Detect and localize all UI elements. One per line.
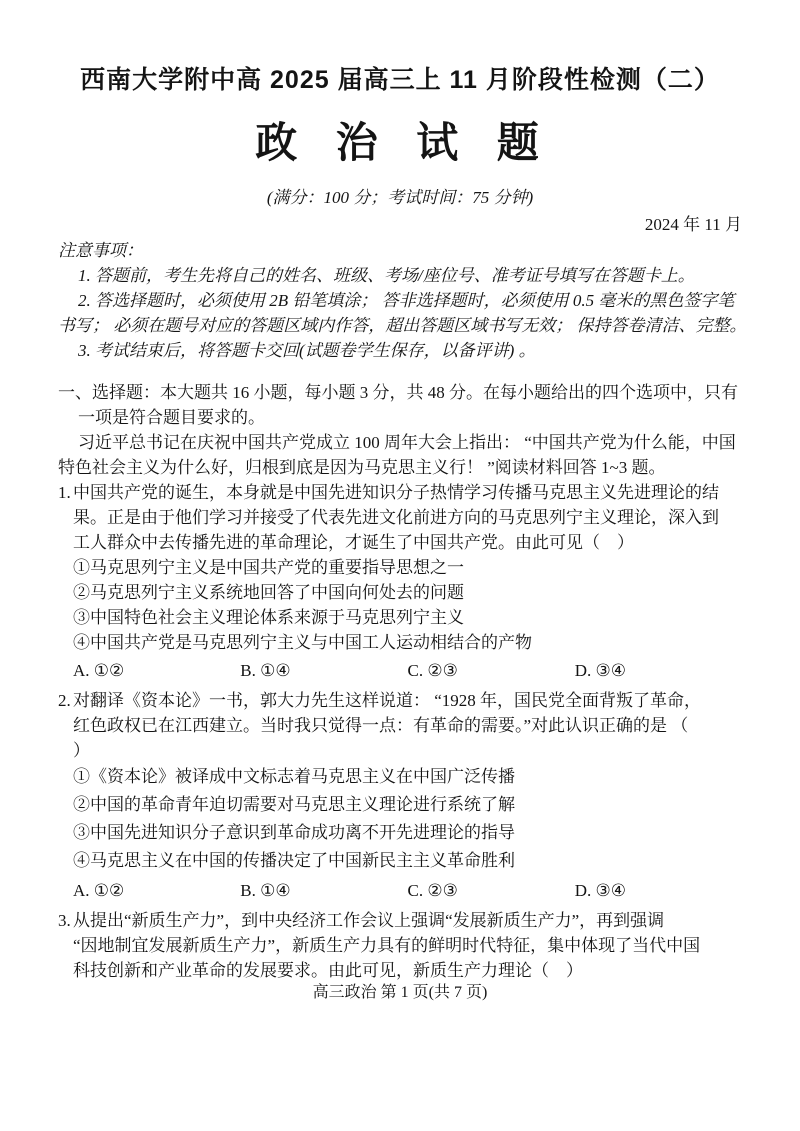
notice-line-3: 3. 考试结束后，将答题卡交回(试题卷学生保存，以备评讲) 。 — [58, 338, 742, 363]
choice-a: A. ①② — [73, 658, 240, 683]
exam-info: (满分：100 分；考试时间：75 分钟) — [0, 186, 800, 210]
question-stem-line: 工人群众中去传播先进的革命理论，才诞生了中国共产党。由此可见（ ） — [58, 530, 742, 555]
exam-date: 2024 年 11 月 — [0, 214, 800, 236]
choice-d: D. ③④ — [575, 878, 742, 903]
page-header: 西南大学附中高 2025 届高三上 11 月阶段性检测（二） 政 治 试 题 (… — [0, 0, 800, 236]
sub-option-3: ③中国先进知识分子意识到革命成功离不开先进理论的指导 — [58, 819, 742, 847]
question-number: 1. — [58, 480, 73, 505]
sub-option-4: ④马克思主义在中国的传播决定了中国新民主主义革命胜利 — [58, 847, 742, 875]
section-heading-line-1: 一、选择题：本大题共 16 小题，每小题 3 分，共 48 分。在每小题给出的四… — [58, 380, 742, 405]
notice-line-2-cont: 书写； 必须在题号对应的答题区域内作答，超出答题区域书写无效； 保持答卷清洁、完… — [58, 313, 742, 338]
sub-option-1: ①《资本论》被译成中文标志着马克思主义在中国广泛传播 — [58, 763, 742, 791]
page-footer: 高三政治 第 1 页(共 7 页) — [0, 983, 800, 1003]
question-stem-line: “因地制宜发展新质生产力”，新质生产力具有的鲜明时代特征，集中体现了当代中国 — [58, 933, 742, 958]
question-2-stem: 2.对翻译《资本论》一书，郭大力先生这样说道： “1928 年，国民党全面背叛了… — [58, 688, 742, 713]
notice-block: 注意事项： 1. 答题前，考生先将自己的姓名、班级、考场/座位号、准考证号填写在… — [58, 238, 742, 363]
school-title: 西南大学附中高 2025 届高三上 11 月阶段性检测（二） — [0, 64, 800, 96]
question-stem-line: 从提出“新质生产力”，到中央经济工作会议上强调“发展新质生产力”，再到强调 — [73, 911, 664, 930]
sub-option-4: ④中国共产党是马克思列宁主义与中国工人运动相结合的产物 — [58, 630, 742, 655]
sub-option-2: ②马克思列宁主义系统地回答了中国向何处去的问题 — [58, 580, 742, 605]
exam-page: 西南大学附中高 2025 届高三上 11 月阶段性检测（二） 政 治 试 题 (… — [0, 0, 800, 1131]
page-body: 注意事项： 1. 答题前，考生先将自己的姓名、班级、考场/座位号、准考证号填写在… — [0, 238, 800, 983]
choices-row: A. ①② B. ①④ C. ②③ D. ③④ — [58, 658, 742, 683]
choices-row: A. ①② B. ①④ C. ②③ D. ③④ — [58, 878, 742, 903]
question-stem-line: 中国共产党的诞生，本身就是中国先进知识分子热情学习传播马克思主义先进理论的结 — [73, 483, 719, 502]
sub-option-3: ③中国特色社会主义理论体系来源于马克思列宁主义 — [58, 605, 742, 630]
choice-c: C. ②③ — [408, 878, 575, 903]
section-intro-line-2: 特色社会主义为什么好，归根到底是因为马克思主义行！ ”阅读材料回答 1~3 题。 — [58, 455, 742, 480]
notice-heading: 注意事项： — [58, 238, 742, 263]
section-intro-line-1: 习近平总书记在庆祝中国共产党成立 100 周年大会上指出： “中国共产党为什么能… — [58, 430, 742, 455]
choice-b: B. ①④ — [240, 878, 407, 903]
choice-c: C. ②③ — [408, 658, 575, 683]
question-stem-line: 科技创新和产业革命的发展要求。由此可见，新质生产力理论（ ） — [58, 958, 742, 983]
question-2: 2.对翻译《资本论》一书，郭大力先生这样说道： “1928 年，国民党全面背叛了… — [58, 688, 742, 903]
question-3: 3.从提出“新质生产力”，到中央经济工作会议上强调“发展新质生产力”，再到强调 … — [58, 908, 742, 983]
question-3-stem: 3.从提出“新质生产力”，到中央经济工作会议上强调“发展新质生产力”，再到强调 — [58, 908, 742, 933]
section-one-heading: 一、选择题：本大题共 16 小题，每小题 3 分，共 48 分。在每小题给出的四… — [58, 380, 742, 480]
sub-option-1: ①马克思列宁主义是中国共产党的重要指导思想之一 — [58, 555, 742, 580]
question-stem-line: 对翻译《资本论》一书，郭大力先生这样说道： “1928 年，国民党全面背叛了革命… — [73, 691, 701, 710]
choice-a: A. ①② — [73, 878, 240, 903]
question-stem-line: 红色政权已在江西建立。当时我只觉得一点：有革命的需要。”对此认识正确的是 （ — [58, 713, 742, 738]
choice-b: B. ①④ — [240, 658, 407, 683]
question-1: 1.中国共产党的诞生，本身就是中国先进知识分子热情学习传播马克思主义先进理论的结… — [58, 480, 742, 683]
question-stem-line: ） — [58, 738, 742, 763]
question-stem-line: 果。正是由于他们学习并接受了代表先进文化前进方向的马克思列宁主义理论，深入到 — [58, 505, 742, 530]
question-number: 2. — [58, 688, 73, 713]
sub-option-2: ②中国的革命青年迫切需要对马克思主义理论进行系统了解 — [58, 791, 742, 819]
question-1-stem: 1.中国共产党的诞生，本身就是中国先进知识分子热情学习传播马克思主义先进理论的结 — [58, 480, 742, 505]
notice-line-1: 1. 答题前，考生先将自己的姓名、班级、考场/座位号、准考证号填写在答题卡上。 — [58, 263, 742, 288]
section-heading-line-2: 一项是符合题目要求的。 — [58, 405, 742, 430]
choice-d: D. ③④ — [575, 658, 742, 683]
subject-title: 政 治 试 题 — [0, 120, 800, 168]
question-number: 3. — [58, 908, 73, 933]
notice-line-2: 2. 答选择题时，必须使用 2B 铅笔填涂； 答非选择题时，必须使用 0.5 毫… — [58, 288, 742, 313]
